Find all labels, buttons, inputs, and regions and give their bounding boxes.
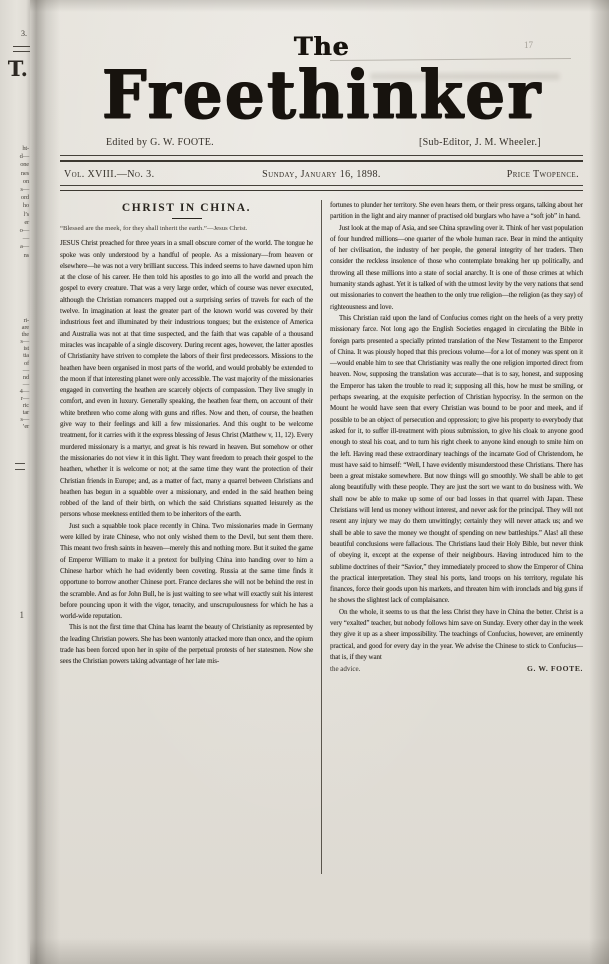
article-paragraph: JESUS Christ preached for three years in… bbox=[60, 238, 313, 520]
epigraph: “Blessed are the meek, for they shall in… bbox=[60, 224, 313, 233]
issue-date: Sunday, January 16, 1898. bbox=[211, 169, 432, 180]
editor-row: Edited by G. W. FOOTE. [Sub-Editor, J. M… bbox=[60, 137, 583, 148]
left-column: CHRIST IN CHINA. “Blessed are the meek, … bbox=[60, 200, 313, 874]
article-paragraph: This is not the first time that China ha… bbox=[60, 622, 313, 667]
adjacent-page-strip: 3. T. ht- d— one nes on s— ord ho l’s er… bbox=[0, 0, 30, 964]
article-paragraph: This Christian raid upon the land of Con… bbox=[330, 313, 583, 607]
article-paragraph: Just look at the map of Asia, and see Ch… bbox=[330, 223, 583, 313]
adjacent-page-big-letter: T. bbox=[8, 56, 28, 81]
article-paragraph: Just such a squabble took place recently… bbox=[60, 521, 313, 623]
title-divider bbox=[172, 218, 202, 219]
adjacent-bottom-mark: 1 bbox=[20, 610, 25, 620]
article-paragraph: fortunes to plunder her territory. She e… bbox=[330, 200, 583, 223]
signature-row: the advice. G. W. FOOTE. bbox=[330, 663, 583, 675]
volume-number: Vol. XVIII.—No. 3. bbox=[64, 169, 211, 180]
article-title: CHRIST IN CHINA. bbox=[60, 202, 313, 214]
paper-edge-shadow-right bbox=[589, 0, 609, 964]
adjacent-text-fragments-lower: ri- are the s— ist tia of — nd — 4— r— r… bbox=[20, 317, 29, 431]
newspaper-page: 17 The Freethinker Edited by G. W. FOOTE… bbox=[30, 0, 609, 964]
dateline: Vol. XVIII.—No. 3. Sunday, January 16, 1… bbox=[60, 169, 583, 180]
paper-edge-shadow-top bbox=[30, 0, 609, 12]
article-columns: CHRIST IN CHINA. “Blessed are the meek, … bbox=[60, 200, 583, 874]
closing-line: the advice. bbox=[330, 664, 360, 675]
adjacent-equals-mark bbox=[15, 463, 25, 470]
showthrough-page-number: 17 bbox=[524, 40, 533, 50]
paper-edge-shadow-bottom bbox=[30, 938, 609, 964]
double-rule-top bbox=[60, 155, 583, 162]
editor-credit: Edited by G. W. FOOTE. bbox=[106, 137, 214, 148]
adjacent-page-number: 3. bbox=[21, 29, 27, 38]
masthead: The Freethinker bbox=[60, 34, 583, 131]
adjacent-text-fragments-upper: ht- d— one nes on s— ord ho l’s er o— — … bbox=[20, 145, 29, 260]
column-divider-rule bbox=[321, 200, 322, 874]
right-column: fortunes to plunder her territory. She e… bbox=[330, 200, 583, 874]
sub-editor-credit: [Sub-Editor, J. M. Wheeler.] bbox=[419, 137, 541, 148]
author-signature: G. W. FOOTE. bbox=[527, 663, 583, 674]
masthead-title: Freethinker bbox=[60, 55, 583, 133]
article-paragraph: On the whole, it seems to us that the le… bbox=[330, 607, 583, 663]
adjacent-page-rule bbox=[13, 46, 30, 52]
price: Price Twopence. bbox=[432, 169, 579, 180]
double-rule-bottom bbox=[60, 185, 583, 191]
